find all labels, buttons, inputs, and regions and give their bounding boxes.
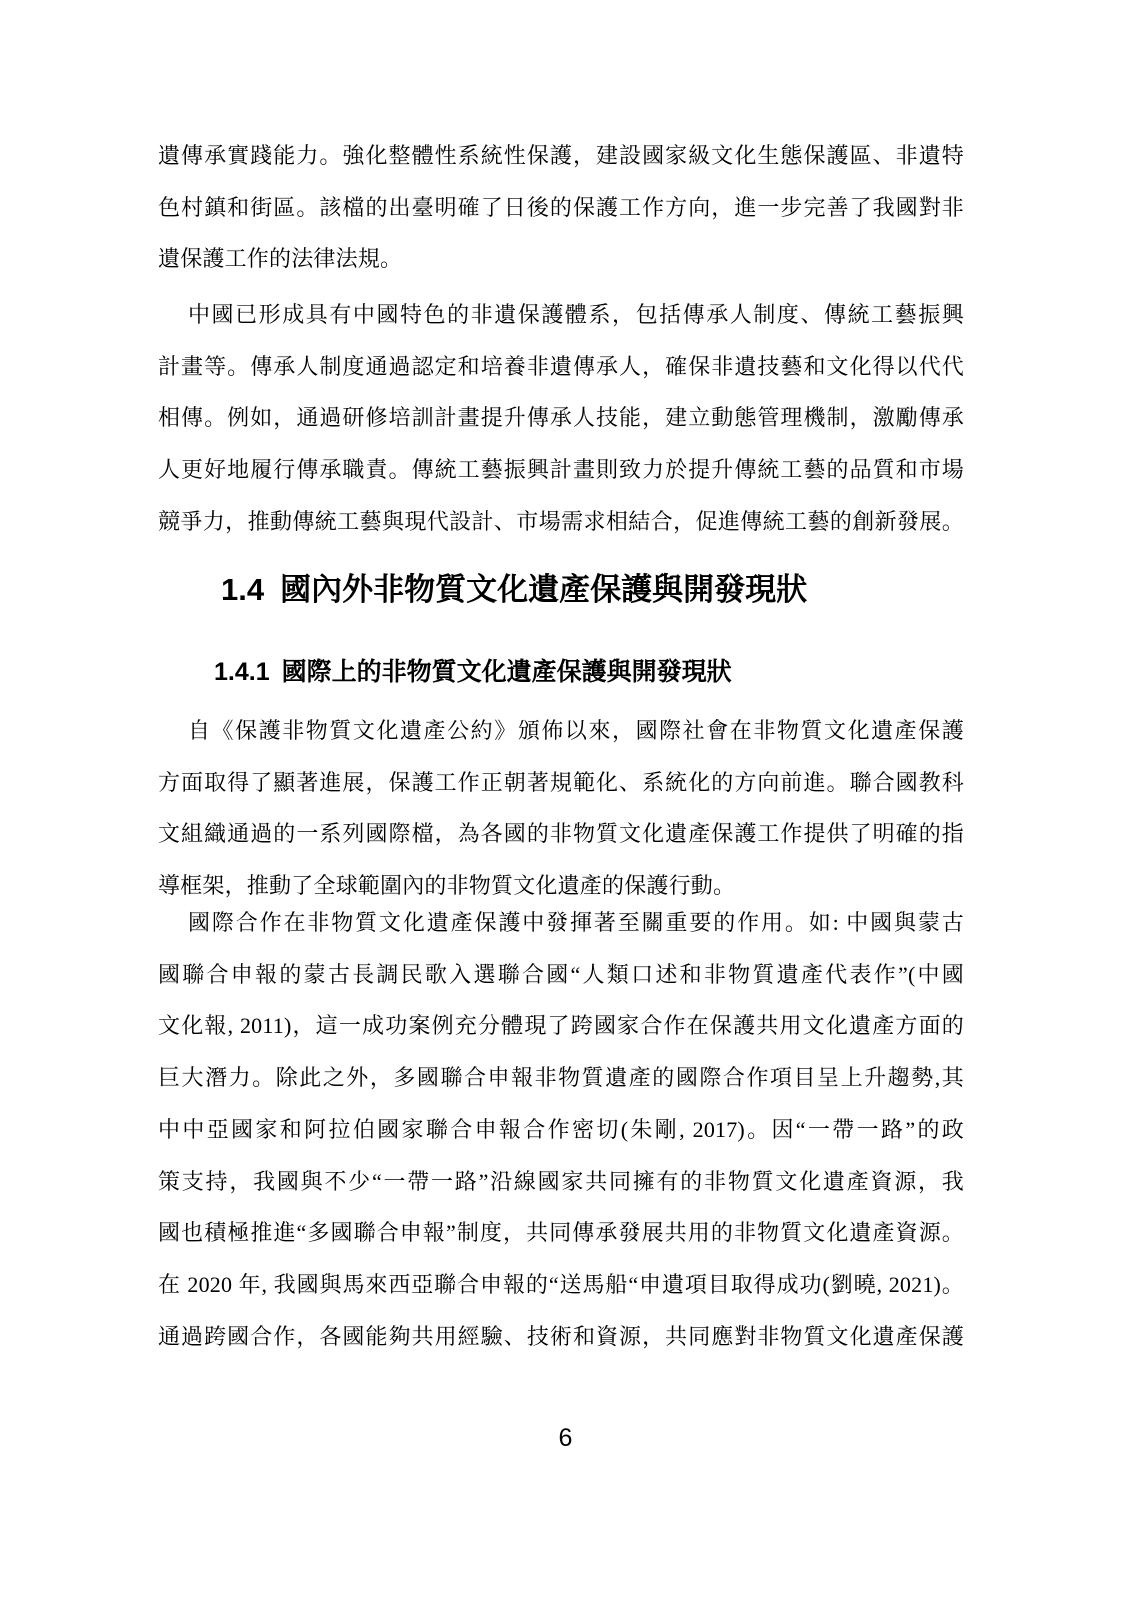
text-line: 色村鎮和街區。該檔的出臺明確了日後的保護工作方向，進一步完善了我國對非 (158, 182, 964, 234)
text-line: 國際合作在非物質文化遺產保護中發揮著至關重要的作用。如: 中國與蒙古 (158, 897, 964, 949)
page-number: 6 (0, 1424, 1131, 1453)
text-line: 文組織通過的一系列國際檔，為各國的非物質文化遺產保護工作提供了明確的指 (158, 808, 964, 860)
text-line: 中國已形成具有中國特色的非遺保護體系，包括傳承人制度、傳統工藝振興 (158, 289, 964, 341)
section-heading-1-4-1: 1.4.1國際上的非物質文化遺產保護與開發現狀 (214, 658, 732, 688)
paragraph-china-protection-system: 中國已形成具有中國特色的非遺保護體系，包括傳承人制度、傳統工藝振興計畫等。傳承人… (158, 289, 964, 548)
text-line: 遺傳承實踐能力。強化整體性系統性保護，建設國家級文化生態保護區、非遺特 (158, 130, 964, 182)
paragraph-international-convention: 自《保護非物質文化遺產公約》頒佈以來，國際社會在非物質文化遺產保護方面取得了顯著… (158, 705, 964, 912)
section-heading-1-4: 1.4國內外非物質文化遺產保護與開發現狀 (221, 572, 807, 608)
section-title: 國內外非物質文化遺產保護與開發現狀 (280, 572, 807, 607)
text-line: 競爭力，推動傳統工藝與現代設計、市場需求相結合，促進傳統工藝的創新發展。 (158, 496, 964, 548)
text-line: 計畫等。傳承人制度通過認定和培養非遺傳承人，確保非遺技藝和文化得以代代 (158, 341, 964, 393)
text-line: 國聯合申報的蒙古長調民歌入選聯合國“人類口述和非物質遺產代表作”(中國 (158, 949, 964, 1001)
text-line: 在 2020 年, 我國與馬來西亞聯合申報的“送馬船“申遺項目取得成功(劉曉, … (158, 1259, 964, 1311)
text-line: 國也積極推進“多國聯合申報”制度，共同傳承發展共用的非物質文化遺產資源。 (158, 1207, 964, 1259)
text-line: 策支持，我國與不少“一帶一路”沿線國家共同擁有的非物質文化遺產資源，我 (158, 1156, 964, 1208)
text-line: 文化報, 2011)，這一成功案例充分體現了跨國家合作在保護共用文化遺產方面的 (158, 1000, 964, 1052)
text-line: 通過跨國合作，各國能夠共用經驗、技術和資源，共同應對非物質文化遺產保護 (158, 1311, 964, 1363)
paragraph-international-cooperation: 國際合作在非物質文化遺產保護中發揮著至關重要的作用。如: 中國與蒙古國聯合申報的… (158, 897, 964, 1362)
text-line: 中中亞國家和阿拉伯國家聯合申報合作密切(朱剛, 2017)。因“一帶一路”的政 (158, 1104, 964, 1156)
text-line: 遺保護工作的法律法規。 (158, 233, 964, 285)
text-line: 自《保護非物質文化遺產公約》頒佈以來，國際社會在非物質文化遺產保護 (158, 705, 964, 757)
text-line: 人更好地履行傳承職責。傳統工藝振興計畫則致力於提升傳統工藝的品質和市場 (158, 444, 964, 496)
subsection-number: 1.4.1 (214, 658, 270, 686)
text-line: 相傳。例如，通過研修培訓計畫提升傳承人技能，建立動態管理機制，激勵傳承 (158, 392, 964, 444)
text-line: 方面取得了顯著進展，保護工作正朝著規範化、系統化的方向前進。聯合國教科 (158, 757, 964, 809)
section-number: 1.4 (221, 572, 264, 607)
subsection-title: 國際上的非物質文化遺產保護與開發現狀 (282, 659, 732, 686)
document-page: 遺傳承實踐能力。強化整體性系統性保護，建設國家級文化生態保護區、非遺特色村鎮和街… (0, 0, 1131, 1600)
paragraph-legal-regulations: 遺傳承實踐能力。強化整體性系統性保護，建設國家級文化生態保護區、非遺特色村鎮和街… (158, 130, 964, 285)
text-line: 巨大潛力。除此之外，多國聯合申報非物質遺產的國際合作項目呈上升趨勢,其 (158, 1052, 964, 1104)
